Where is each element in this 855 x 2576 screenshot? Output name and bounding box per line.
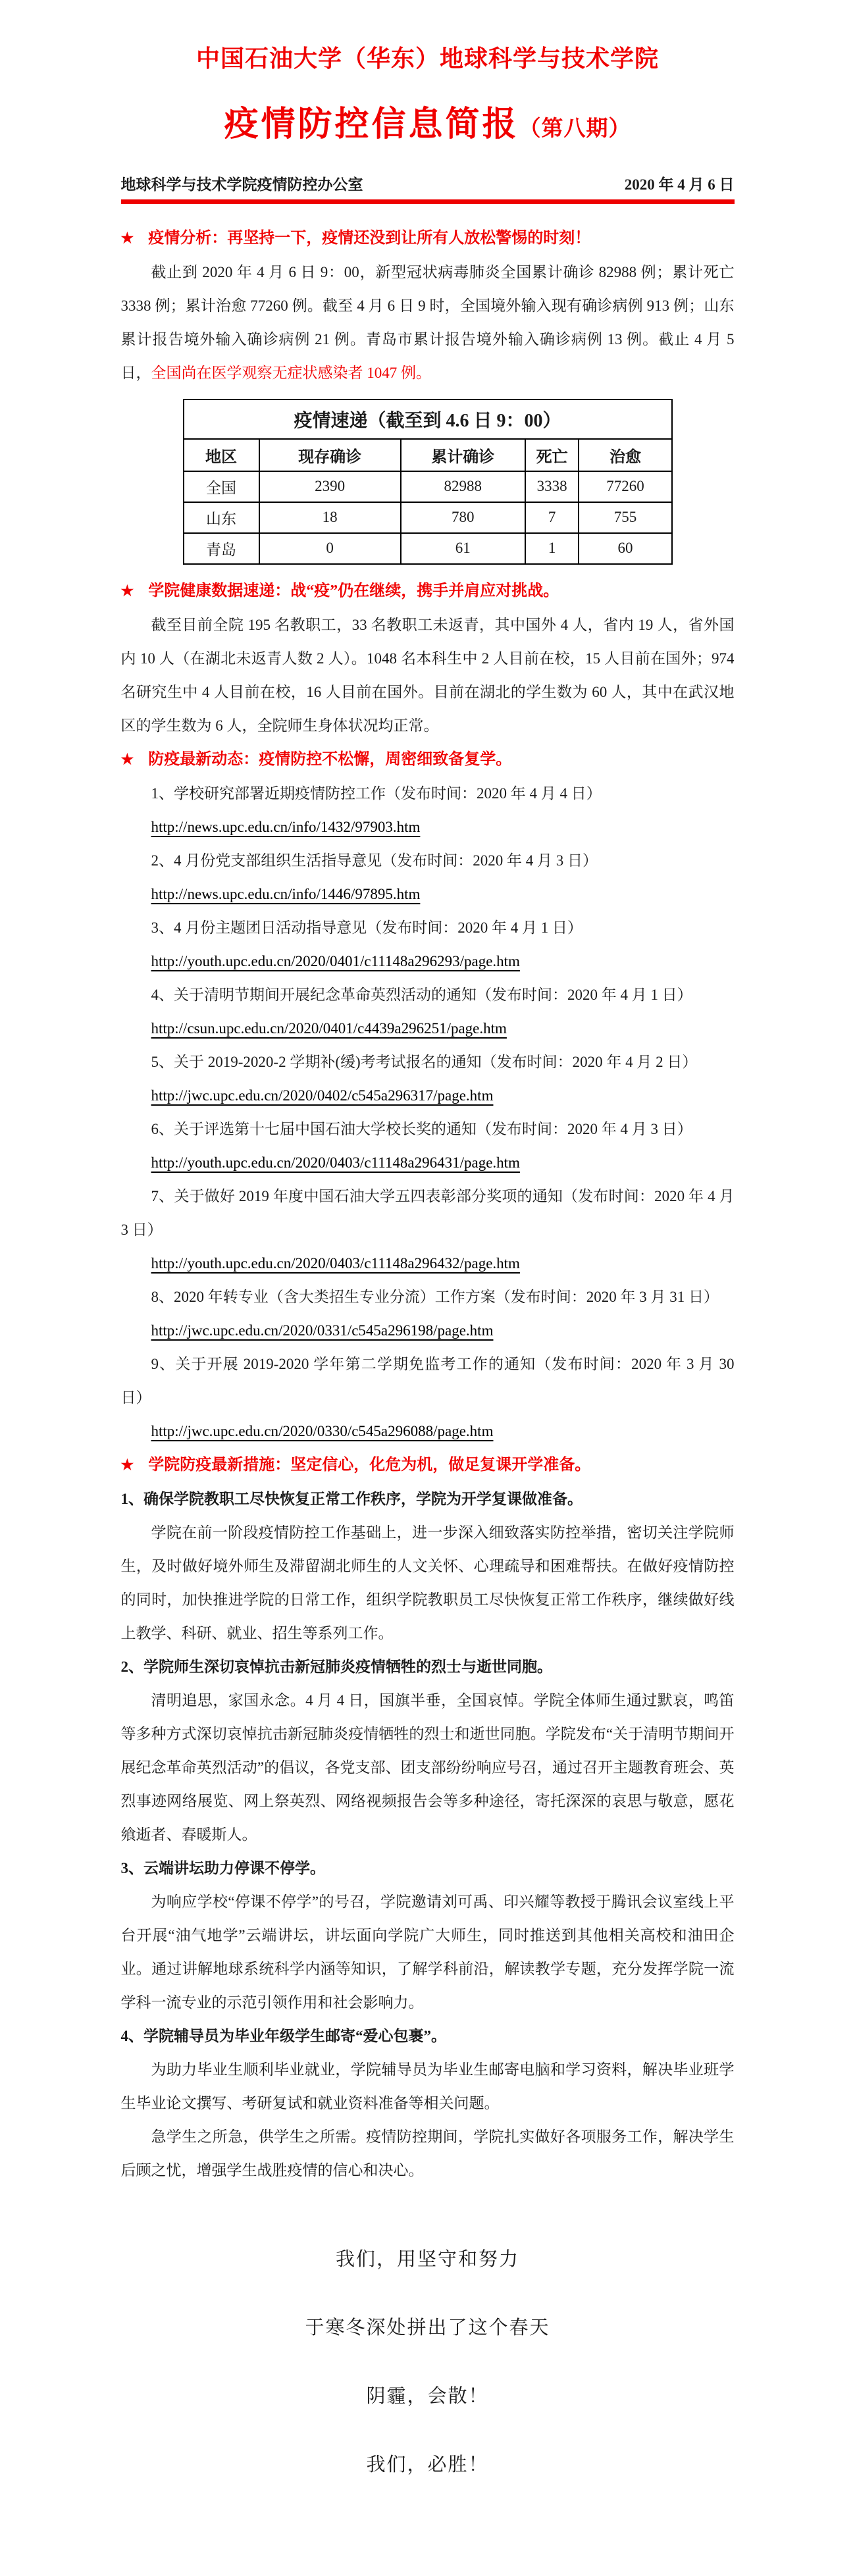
news-item-link-line: http://news.upc.edu.cn/info/1432/97903.h… [121, 810, 735, 844]
table-cell: 82988 [401, 471, 525, 502]
college-measures-heading: ★ 学院防疫最新措施：坚定信心，化危为机，做足复课开学准备。 [121, 1448, 735, 1482]
closing-line: 于寒冬深处拼出了这个春天 [121, 2294, 735, 2362]
section-prevention-updates: ★ 防疫最新动态：疫情防控不松懈，周密细致备复学。 1、学校研究部署近期疫情防控… [121, 742, 735, 1448]
news-item-link[interactable]: http://youth.upc.edu.cn/2020/0403/c11148… [151, 1255, 520, 1272]
closing-lines: 我们，用坚守和努力 于寒冬深处拼出了这个春天 阴霾，会散！ 我们，必胜！ [121, 2225, 735, 2499]
epidemic-stats-table: 疫情速递（截至到 4.6 日 9：00） 地区 现存确诊 累计确诊 死亡 治愈 … [183, 399, 673, 565]
table-header-row: 地区 现存确诊 累计确诊 死亡 治愈 [184, 439, 672, 471]
health-data-heading: ★ 学院健康数据速递：战“疫”仍在继续，携手并肩应对挑战。 [121, 574, 735, 608]
table-row-qingdao: 青岛 0 61 1 60 [184, 533, 672, 564]
closing-line: 我们，用坚守和努力 [121, 2225, 735, 2294]
news-item-link[interactable]: http://csun.upc.edu.cn/2020/0401/c4439a2… [151, 1020, 507, 1037]
table-cell: 2390 [259, 471, 401, 502]
section-college-measures: ★ 学院防疫最新措施：坚定信心，化危为机，做足复课开学准备。 1、确保学院教职工… [121, 1448, 735, 2187]
news-item-title: 8、2020 年转专业（含大类招生专业分流）工作方案（发布时间：2020 年 3… [121, 1280, 735, 1314]
health-data-heading-text: 学院健康数据速递：战“疫”仍在继续，携手并肩应对挑战。 [148, 575, 559, 608]
measure-title: 1、确保学院教职工尽快恢复正常工作秩序，学院为开学复课做准备。 [121, 1482, 735, 1516]
table-cell: 61 [401, 533, 525, 564]
bulletin-title: 疫情防控信息简报（第八期） [121, 103, 735, 146]
news-item-title: 7、关于做好 2019 年度中国石油大学五四表彰部分奖项的通知（发布时间：202… [121, 1179, 735, 1247]
university-title: 中国石油大学（华东）地球科学与技术学院 [121, 43, 735, 74]
news-item-link-line: http://youth.upc.edu.cn/2020/0403/c11148… [121, 1146, 735, 1179]
analysis-highlight-red: 全国尚在医学观察无症状感染者 1047 例。 [151, 365, 432, 381]
table-cell: 0 [259, 533, 401, 564]
column-header-cured: 治愈 [579, 439, 671, 471]
news-item-link-line: http://jwc.upc.edu.cn/2020/0331/c545a296… [121, 1314, 735, 1347]
star-icon: ★ [121, 1448, 134, 1481]
star-icon: ★ [121, 742, 134, 776]
bulletin-title-text: 疫情防控信息简报 [224, 106, 519, 143]
table-row-shandong: 山东 18 780 7 755 [184, 502, 672, 533]
closing-line: 阴霾，会散！ [121, 2362, 735, 2431]
table-cell: 755 [579, 502, 671, 533]
news-item-title: 1、学校研究部署近期疫情防控工作（发布时间：2020 年 4 月 4 日） [121, 777, 735, 810]
news-item-title: 3、4 月份主题团日活动指导意见（发布时间：2020 年 4 月 1 日） [121, 911, 735, 944]
news-item-title: 2、4 月份党支部组织生活指导意见（发布时间：2020 年 4 月 3 日） [121, 844, 735, 877]
red-divider [121, 199, 735, 204]
column-header-deaths: 死亡 [525, 439, 579, 471]
table-title: 疫情速递（截至到 4.6 日 9：00） [184, 399, 672, 439]
table-cell: 全国 [184, 471, 259, 502]
news-item-link[interactable]: http://news.upc.edu.cn/info/1432/97903.h… [151, 819, 421, 835]
news-item-link-line: http://youth.upc.edu.cn/2020/0401/c11148… [121, 944, 735, 978]
table-cell: 1 [525, 533, 579, 564]
table-cell: 山东 [184, 502, 259, 533]
measure-paragraph: 清明追思，家国永念。4 月 4 日，国旗半垂，全国哀悼。学院全体师生通过默哀，鸣… [121, 1684, 735, 1851]
issuing-office: 地球科学与技术学院疫情防控办公室 [121, 172, 363, 194]
news-item-link[interactable]: http://jwc.upc.edu.cn/2020/0402/c545a296… [151, 1087, 494, 1104]
closing-line: 我们，必胜！ [121, 2431, 735, 2499]
news-item-title: 6、关于评选第十七届中国石油大学校长奖的通知（发布时间：2020 年 4 月 3… [121, 1112, 735, 1146]
prevention-updates-heading-text: 防疫最新动态：疫情防控不松懈，周密细致备复学。 [148, 743, 511, 777]
table-row-national: 全国 2390 82988 3338 77260 [184, 471, 672, 502]
table-cell: 青岛 [184, 533, 259, 564]
news-item-link[interactable]: http://news.upc.edu.cn/info/1446/97895.h… [151, 886, 421, 902]
table-cell: 60 [579, 533, 671, 564]
news-item-title: 9、关于开展 2019-2020 学年第二学期免监考工作的通知（发布时间：202… [121, 1347, 735, 1414]
table-cell: 780 [401, 502, 525, 533]
star-icon: ★ [121, 221, 134, 255]
column-header-active: 现存确诊 [259, 439, 401, 471]
news-item-link[interactable]: http://jwc.upc.edu.cn/2020/0330/c545a296… [151, 1423, 494, 1439]
byline-row: 地球科学与技术学院疫情防控办公室 2020 年 4 月 6 日 [121, 172, 735, 194]
college-measures-heading-text: 学院防疫最新措施：坚定信心，化危为机，做足复课开学准备。 [148, 1449, 590, 1482]
news-item-title: 4、关于清明节期间开展纪念革命英烈活动的通知（发布时间：2020 年 4 月 1… [121, 978, 735, 1012]
issue-date: 2020 年 4 月 6 日 [625, 172, 735, 194]
column-header-region: 地区 [184, 439, 259, 471]
news-item-title: 5、关于 2019-2020-2 学期补(缓)考考试报名的通知（发布时间：202… [121, 1045, 735, 1079]
epidemic-analysis-heading: ★ 疫情分析：再坚持一下，疫情还没到让所有人放松警惕的时刻！ [121, 221, 735, 255]
measure-title: 2、学院师生深切哀悼抗击新冠肺炎疫情牺牲的烈士与逝世同胞。 [121, 1650, 735, 1684]
bulletin-header: 中国石油大学（华东）地球科学与技术学院 疫情防控信息简报（第八期） 地球科学与技… [121, 43, 735, 204]
epidemic-analysis-paragraph: 截止到 2020 年 4 月 6 日 9：00，新型冠状病毒肺炎全国累计确诊 8… [121, 255, 735, 390]
news-item-link-line: http://jwc.upc.edu.cn/2020/0330/c545a296… [121, 1414, 735, 1448]
news-item-link[interactable]: http://jwc.upc.edu.cn/2020/0331/c545a296… [151, 1322, 494, 1339]
bulletin-page: 中国石油大学（华东）地球科学与技术学院 疫情防控信息简报（第八期） 地球科学与技… [121, 0, 735, 2499]
analysis-text: 截止到 2020 年 4 月 6 日 9：00，新型冠状病毒肺炎全国累计确诊 8… [121, 264, 735, 381]
news-item-link-line: http://news.upc.edu.cn/info/1446/97895.h… [121, 877, 735, 911]
section-health-data: ★ 学院健康数据速递：战“疫”仍在继续，携手并肩应对挑战。 截至目前全院 195… [121, 574, 735, 742]
table-title-row: 疫情速递（截至到 4.6 日 9：00） [184, 399, 672, 439]
news-item-link-line: http://csun.upc.edu.cn/2020/0401/c4439a2… [121, 1012, 735, 1045]
epidemic-analysis-heading-text: 疫情分析：再坚持一下，疫情还没到让所有人放松警惕的时刻！ [148, 222, 590, 255]
news-item-link-line: http://youth.upc.edu.cn/2020/0403/c11148… [121, 1247, 735, 1280]
health-data-paragraph: 截至目前全院 195 名教职工，33 名教职工未返青，其中国外 4 人，省内 1… [121, 608, 735, 742]
star-icon: ★ [121, 574, 134, 607]
table-cell: 18 [259, 502, 401, 533]
measure-title: 3、云端讲坛助力停课不停学。 [121, 1851, 735, 1885]
measure-title: 4、学院辅导员为毕业年级学生邮寄“爱心包裹”。 [121, 2019, 735, 2053]
table-cell: 7 [525, 502, 579, 533]
news-item-link[interactable]: http://youth.upc.edu.cn/2020/0403/c11148… [151, 1154, 520, 1171]
measure-paragraph: 学院在前一阶段疫情防控工作基础上，进一步深入细致落实防控举措，密切关注学院师生，… [121, 1516, 735, 1650]
news-item-link[interactable]: http://youth.upc.edu.cn/2020/0401/c11148… [151, 953, 520, 969]
measure-paragraph: 为助力毕业生顺利毕业就业，学院辅导员为毕业生邮寄电脑和学习资料，解决毕业班学生毕… [121, 2053, 735, 2120]
section-epidemic-analysis: ★ 疫情分析：再坚持一下，疫情还没到让所有人放松警惕的时刻！ 截止到 2020 … [121, 221, 735, 565]
news-item-link-line: http://jwc.upc.edu.cn/2020/0402/c545a296… [121, 1079, 735, 1112]
prevention-updates-heading: ★ 防疫最新动态：疫情防控不松懈，周密细致备复学。 [121, 742, 735, 777]
bulletin-issue-number: （第八期） [519, 117, 631, 141]
measure-paragraph: 为响应学校“停课不停学”的号召，学院邀请刘可禹、印兴耀等教授于腾讯会议室线上平台… [121, 1885, 735, 2019]
measure-paragraph: 急学生之所急，供学生之所需。疫情防控期间，学院扎实做好各项服务工作，解决学生后顾… [121, 2120, 735, 2187]
table-cell: 77260 [579, 471, 671, 502]
table-cell: 3338 [525, 471, 579, 502]
column-header-confirmed: 累计确诊 [401, 439, 525, 471]
